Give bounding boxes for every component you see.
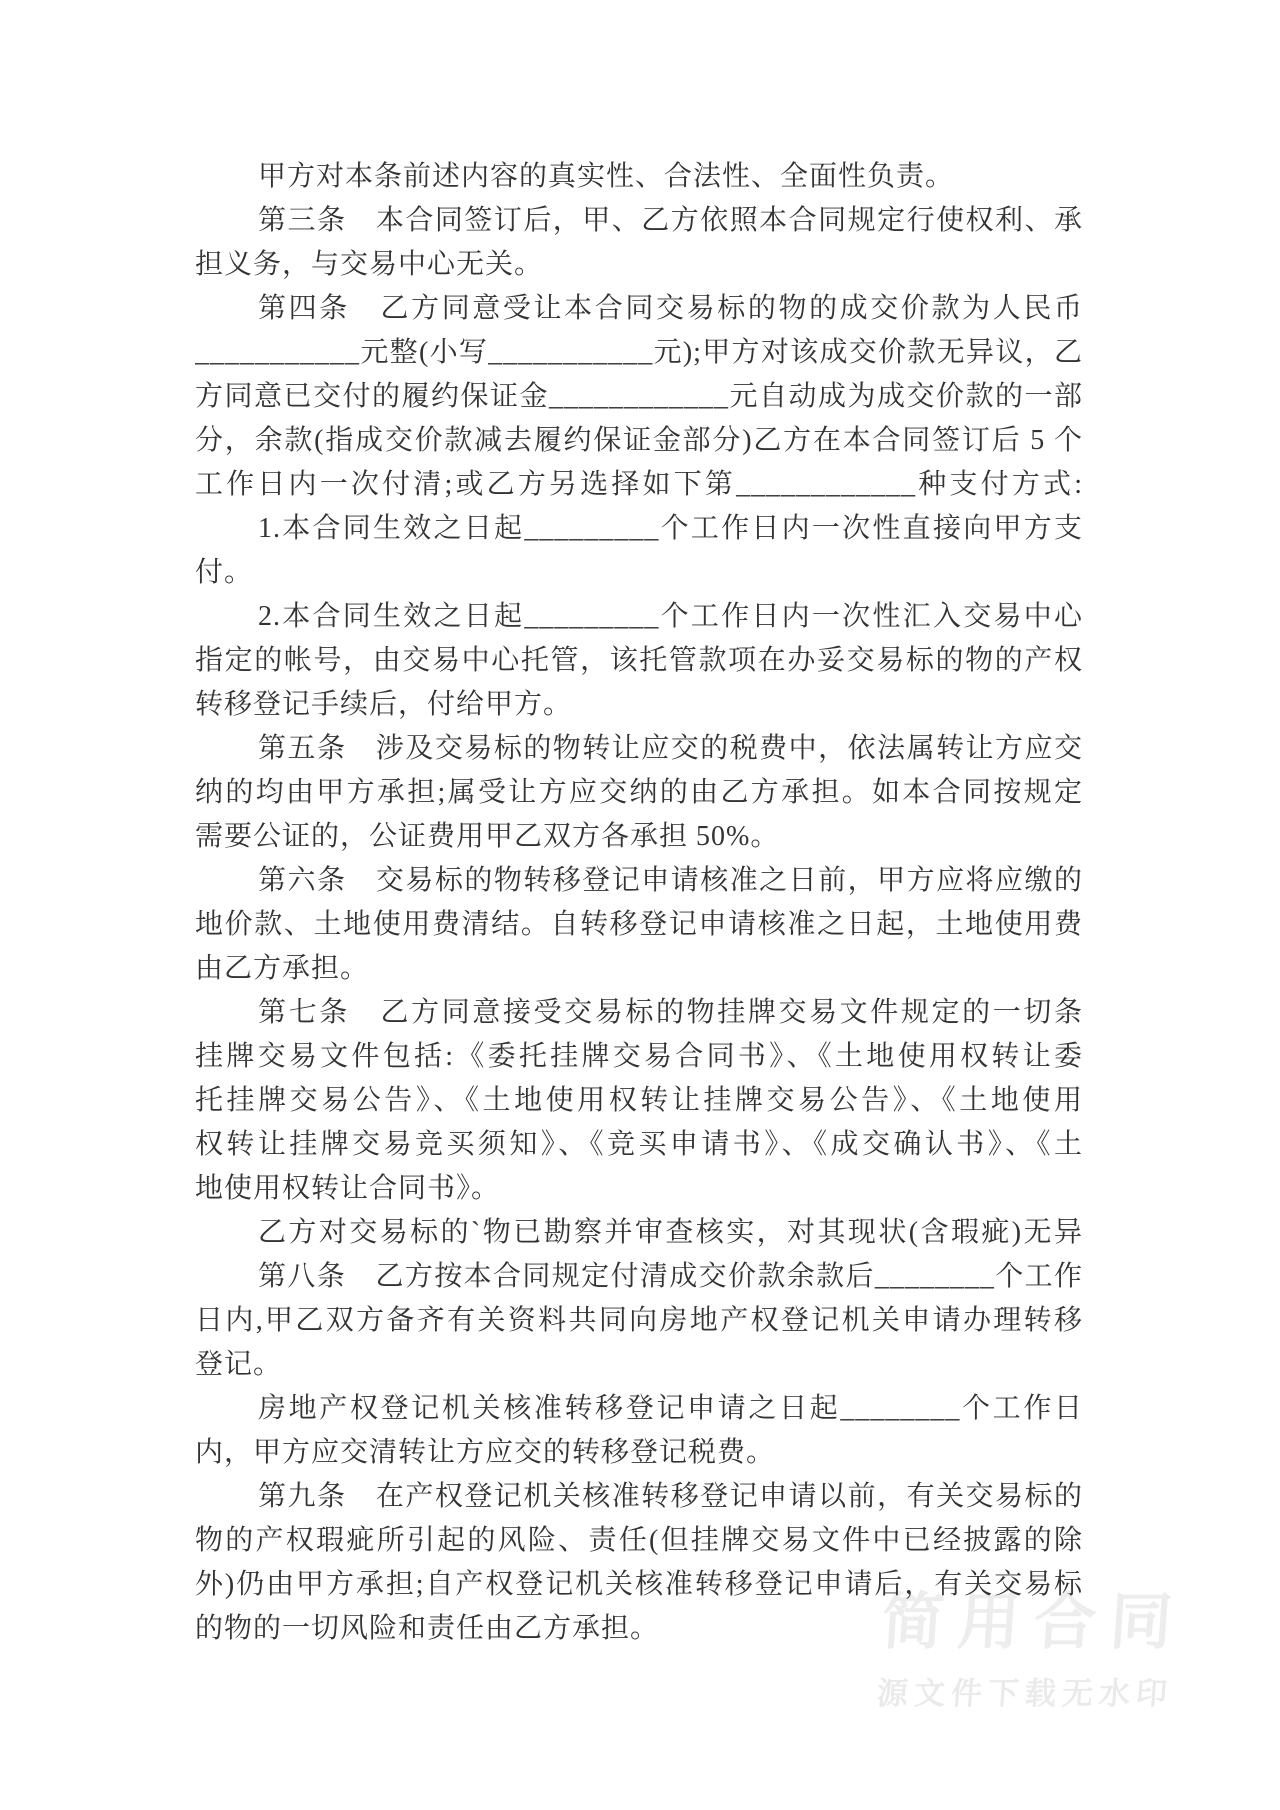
document-line: 2.本合同生效之日起_________个工作日内一次性汇入交易中心 [195, 595, 1083, 639]
document-line: 转移登记手续后，付给甲方。 [195, 683, 1083, 727]
document-line: ___________元整(小写___________元);甲方对该成交价款无异… [195, 331, 1083, 375]
document-line: 权转让挂牌交易竞买须知》、《竞买申请书》、《成交确认书》、《土 [195, 1123, 1083, 1167]
document-line: 甲方对本条前述内容的真实性、合法性、全面性负责。 [195, 155, 1083, 199]
document-line: 第三条 本合同签订后，甲、乙方依照本合同规定行使权利、承 [195, 199, 1083, 243]
document-line: 内，甲方应交清转让方应交的转移登记税费。 [195, 1431, 1083, 1475]
document-line: 第五条 涉及交易标的物转让应交的税费中，依法属转让方应交 [195, 727, 1083, 771]
document-line: 担义务，与交易中心无关。 [195, 243, 1083, 287]
document-line: 付。 [195, 551, 1083, 595]
document-line: 指定的帐号，由交易中心托管，该托管款项在办妥交易标的物的产权 [195, 639, 1083, 683]
document-line: 地使用权转让合同书》。 [195, 1167, 1083, 1211]
document-line: 外)仍由甲方承担;自产权登记机关核准转移登记申请后，有关交易标 [195, 1563, 1083, 1607]
document-line: 物的产权瑕疵所引起的风险、责任(但挂牌交易文件中已经披露的除 [195, 1519, 1083, 1563]
watermark-tagline-text: 源文件下载无水印 [876, 1678, 1188, 1710]
document-line: 挂牌交易文件包括:《委托挂牌交易合同书》、《土地使用权转让委 [195, 1035, 1083, 1079]
document-line: 的物的一切风险和责任由乙方承担。 [195, 1607, 1083, 1651]
document-line: 工作日内一次付清;或乙方另选择如下第____________种支付方式: [195, 463, 1083, 507]
contract-text-block: 甲方对本条前述内容的真实性、合法性、全面性负责。第三条 本合同签订后，甲、乙方依… [195, 155, 1083, 1651]
document-line: 1.本合同生效之日起_________个工作日内一次性直接向甲方支 [195, 507, 1083, 551]
document-line: 方同意已交付的履约保证金____________元自动成为成交价款的一部 [195, 375, 1083, 419]
document-page: 简用合同 源文件下载无水印 甲方对本条前述内容的真实性、合法性、全面性负责。第三… [0, 0, 1280, 1810]
document-line: 纳的均由甲方承担;属受让方应交纳的由乙方承担。如本合同按规定 [195, 771, 1083, 815]
document-line: 日内,甲乙双方备齐有关资料共同向房地产权登记机关申请办理转移 [195, 1299, 1083, 1343]
document-line: 需要公证的，公证费用甲乙双方各承担 50%。 [195, 815, 1083, 859]
document-line: 房地产权登记机关核准转移登记申请之日起________个工作日 [195, 1387, 1083, 1431]
document-line: 分，余款(指成交价款减去履约保证金部分)乙方在本合同签订后 5 个 [195, 419, 1083, 463]
document-line: 托挂牌交易公告》、《土地使用权转让挂牌交易公告》、《土地使用 [195, 1079, 1083, 1123]
document-line: 第四条 乙方同意受让本合同交易标的物的成交价款为人民币 [195, 287, 1083, 331]
document-line: 第八条 乙方按本合同规定付清成交价款余款后________个工作 [195, 1255, 1083, 1299]
document-line: 由乙方承担。 [195, 947, 1083, 991]
document-line: 第七条 乙方同意接受交易标的物挂牌交易文件规定的一切条件， [195, 991, 1083, 1035]
document-line: 登记。 [195, 1343, 1083, 1387]
document-line: 地价款、土地使用费清结。自转移登记申请核准之日起，土地使用费 [195, 903, 1083, 947]
document-line: 第六条 交易标的物转移登记申请核准之日前，甲方应将应缴的 [195, 859, 1083, 903]
document-line: 乙方对交易标的`物已勘察并审查核实，对其现状(含瑕疵)无异议。 [195, 1211, 1083, 1255]
document-line: 第九条 在产权登记机关核准转移登记申请以前，有关交易标的 [195, 1475, 1083, 1519]
